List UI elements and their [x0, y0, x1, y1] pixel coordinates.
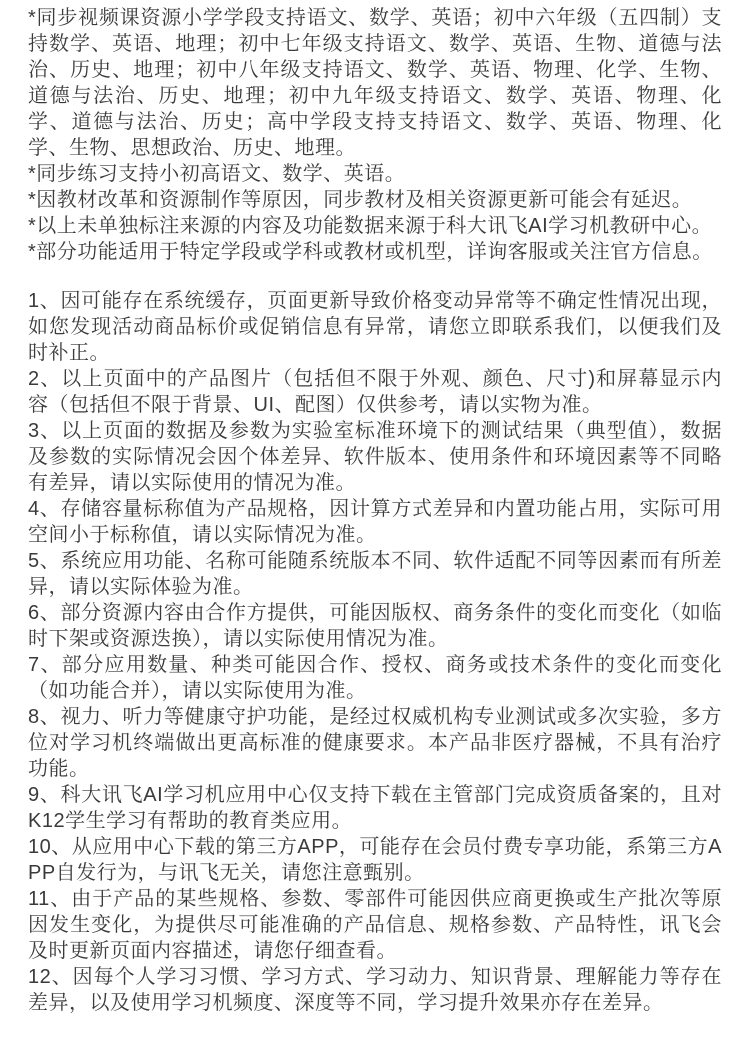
starred-note-data-source: *以上未单独标注来源的内容及功能数据来源于科大讯飞AI学习机教研中心。 — [28, 213, 722, 239]
numbered-note-7-app-quantity: 7、部分应用数量、种类可能因合作、授权、商务或技术条件的变化而变化（如功能合并）… — [28, 652, 722, 704]
starred-note-sync-exercises: *同步练习支持小初高语文、数学、英语。 — [28, 161, 722, 187]
numbered-note-4-storage-capacity: 4、存储容量标称值为产品规格，因计算方式差异和内置功能占用，实际可用空间小于标称… — [28, 496, 722, 548]
numbered-note-9-app-center-policy: 9、科大讯飞AI学习机应用中心仅支持下载在主管部门完成资质备案的，且对K12学生… — [28, 782, 722, 834]
numbered-note-10-third-party-app: 10、从应用中心下载的第三方APP，可能存在会员付费专享功能，系第三方APP自发… — [28, 834, 722, 886]
numbered-notes-section: 1、因可能存在系统缓存，页面更新导致价格变动异常等不确定性情况出现，如您发现活动… — [28, 288, 722, 1016]
numbered-note-8-health-protection: 8、视力、听力等健康守护功能，是经过权威机构专业测试或多次实验，多方位对学习机终… — [28, 704, 722, 782]
numbered-note-1-price-anomaly: 1、因可能存在系统缓存，页面更新导致价格变动异常等不确定性情况出现，如您发现活动… — [28, 288, 722, 366]
starred-note-sync-video-resources: *同步视频课资源小学学段支持语文、数学、英语；初中六年级（五四制）支持数学、英语… — [28, 5, 722, 161]
disclaimer-document: *同步视频课资源小学学段支持语文、数学、英语；初中六年级（五四制）支持数学、英语… — [0, 0, 750, 1016]
numbered-note-5-system-apps: 5、系统应用功能、名称可能随系统版本不同、软件适配不同等因素而有所差异，请以实际… — [28, 548, 722, 600]
numbered-note-11-spec-changes: 11、由于产品的某些规格、参数、零部件可能因供应商更换或生产批次等原因发生变化，… — [28, 886, 722, 964]
numbered-note-2-product-images: 2、以上页面中的产品图片（包括但不限于外观、颜色、尺寸)和屏幕显示内容（包括但不… — [28, 366, 722, 418]
numbered-note-3-lab-test-data: 3、以上页面的数据及参数为实验室标准环境下的测试结果（典型值），数据及参数的实际… — [28, 418, 722, 496]
numbered-note-12-learning-outcomes: 12、因每个人学习习惯、学习方式、学习动力、知识背景、理解能力等存在差异，以及使… — [28, 964, 722, 1016]
starred-note-textbook-reform: *因教材改革和资源制作等原因，同步教材及相关资源更新可能会有延迟。 — [28, 187, 722, 213]
starred-notes-section: *同步视频课资源小学学段支持语文、数学、英语；初中六年级（五四制）支持数学、英语… — [28, 5, 722, 265]
numbered-note-6-partner-resources: 6、部分资源内容由合作方提供，可能因版权、商务条件的变化而变化（如临时下架或资源… — [28, 600, 722, 652]
starred-note-feature-applicability: *部分功能适用于特定学段或学科或教材或机型，详询客服或关注官方信息。 — [28, 239, 722, 265]
